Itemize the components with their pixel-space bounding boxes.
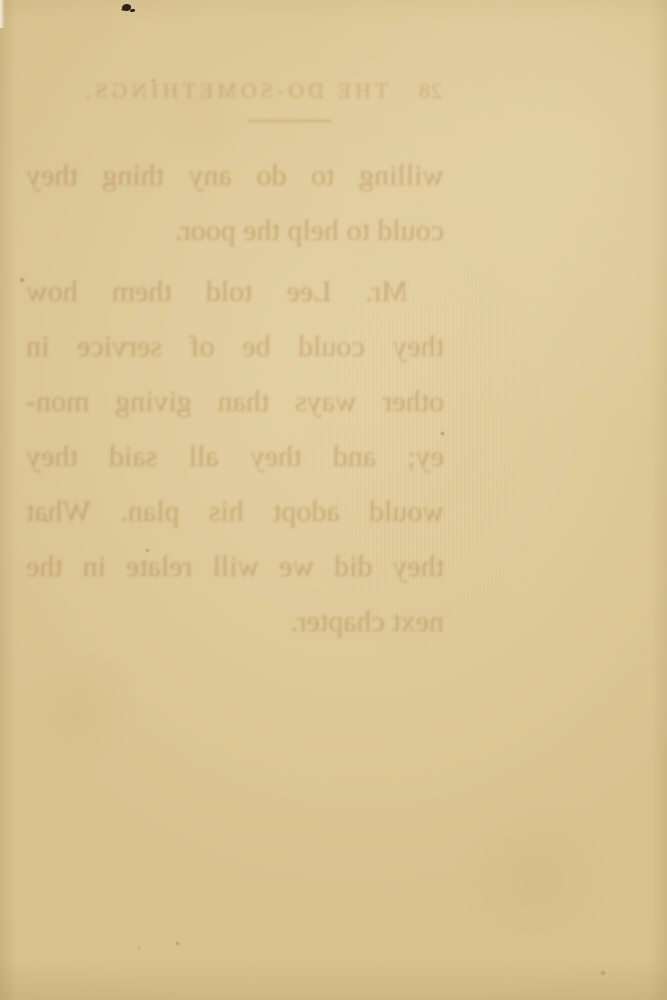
foxing-spot	[600, 970, 606, 976]
foxing-spot	[19, 277, 25, 283]
showthrough-line: next chapter.	[26, 594, 444, 649]
showthrough-body-text: willingtodoanythingtheycould to help the…	[26, 148, 444, 649]
foxing-spot	[151, 78, 156, 83]
showthrough-page-number: 28	[418, 78, 442, 104]
foxing-spot	[175, 941, 180, 946]
showthrough-line: willingtodoanythingthey	[26, 148, 444, 203]
showthrough-line: theydidwewillrelateinthe	[26, 539, 444, 594]
showthrough-header-rule	[248, 120, 332, 122]
showthrough-running-title: THE DO-SOMETHINGS.	[26, 74, 444, 104]
mirrored-showthrough-text: 28 THE DO-SOMETHINGS. willingtodoanythin…	[26, 74, 444, 649]
showthrough-line: Mr.Leetoldthemhow	[26, 264, 444, 319]
book-page-scan: 28 THE DO-SOMETHINGS. willingtodoanythin…	[0, 0, 667, 1000]
page-corner-edge	[0, 0, 5, 28]
showthrough-line: otherwaysthangivingmon-	[26, 374, 444, 429]
showthrough-line: ey;andtheyallsaidthey	[26, 429, 444, 484]
showthrough-line: theycouldbeofservicein	[26, 319, 444, 374]
foxing-spot	[137, 946, 141, 950]
foxing-spot	[505, 838, 509, 842]
showthrough-line: could to help the poor.	[26, 203, 444, 258]
showthrough-running-head: 28 THE DO-SOMETHINGS.	[26, 74, 444, 108]
showthrough-line: wouldadopthisplan.What	[26, 484, 444, 539]
foxing-spot	[145, 548, 150, 553]
foxing-spot	[440, 431, 445, 436]
foxing-spot	[45, 519, 49, 523]
ink-blot-mark	[122, 4, 131, 11]
